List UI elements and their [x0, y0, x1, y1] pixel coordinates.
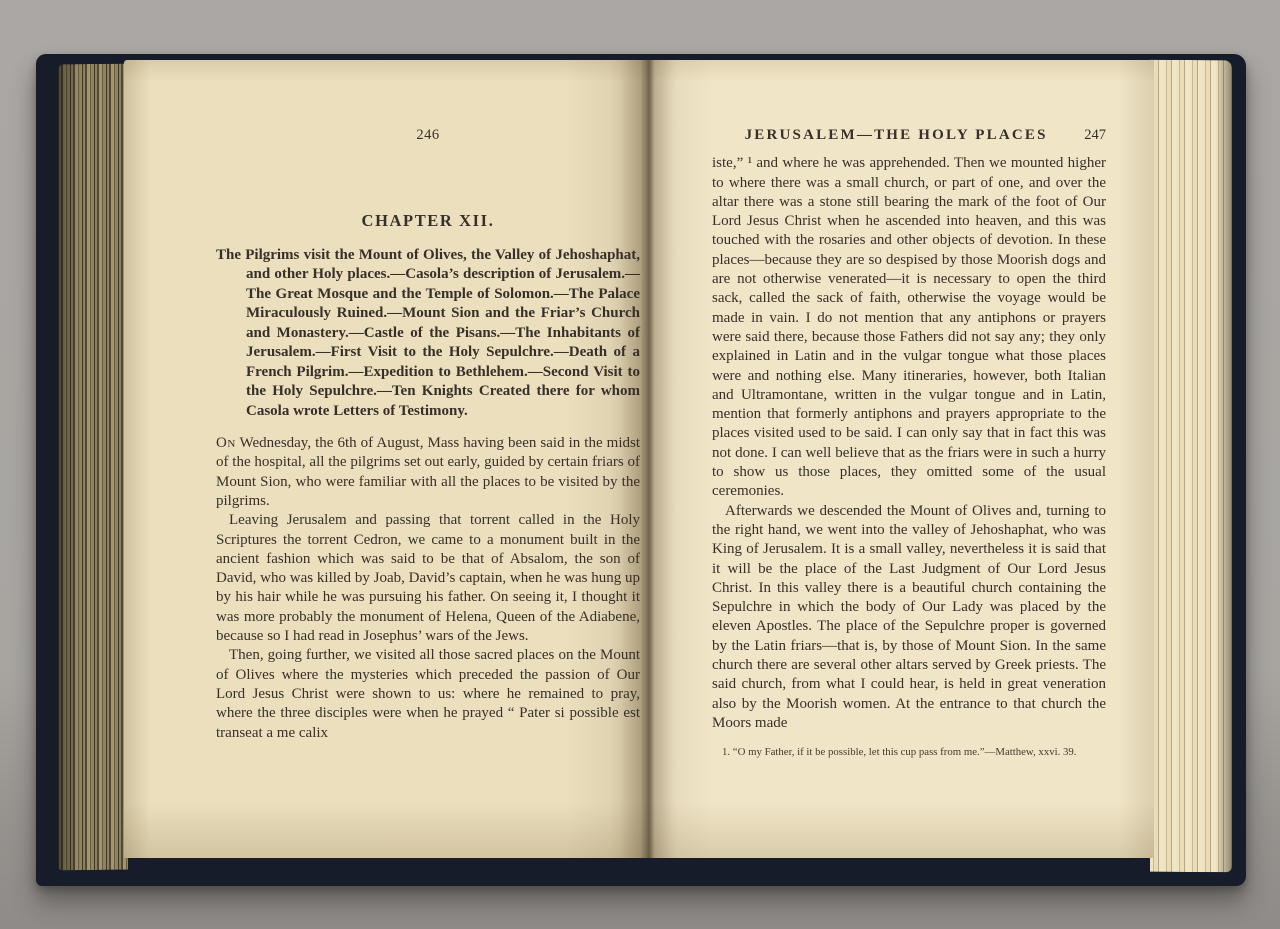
paragraph: Then, going further, we visited all thos…: [216, 646, 640, 742]
paragraph: Afterwards we descended the Mount of Oli…: [712, 502, 1106, 734]
book-cover: 246 CHAPTER XII. The Pilgrims visit the …: [36, 54, 1246, 886]
running-head-title: JERUSALEM—THE HOLY PLACES: [712, 126, 1080, 145]
footnote: 1. “O my Father, if it be possible, let …: [712, 746, 1106, 759]
left-page-stack-edge: [58, 64, 128, 871]
paragraph: Leaving Jerusalem and passing that torre…: [216, 511, 640, 646]
running-head-row: JERUSALEM—THE HOLY PLACES 247: [712, 126, 1106, 145]
paragraph-lead-smallcaps: On: [216, 435, 236, 451]
left-page-number: 246: [216, 126, 640, 145]
paragraph-text: Wednesday, the 6th of August, Mass havin…: [216, 435, 640, 509]
chapter-heading: CHAPTER XII.: [216, 211, 640, 230]
right-page: JERUSALEM—THE HOLY PLACES 247 iste,” ¹ a…: [644, 60, 1154, 858]
right-page-number: 247: [1080, 126, 1106, 145]
left-page-text-block: 246 CHAPTER XII. The Pilgrims visit the …: [216, 126, 640, 743]
chapter-summary: The Pilgrims visit the Mount of Olives, …: [216, 246, 640, 422]
paragraph: On Wednesday, the 6th of August, Mass ha…: [216, 434, 640, 511]
book-photograph: 246 CHAPTER XII. The Pilgrims visit the …: [0, 0, 1280, 929]
right-page-body: iste,” ¹ and where he was apprehended. T…: [712, 154, 1106, 759]
right-page-text-block: JERUSALEM—THE HOLY PLACES 247 iste,” ¹ a…: [712, 126, 1106, 759]
left-page: 246 CHAPTER XII. The Pilgrims visit the …: [124, 60, 644, 858]
right-page-stack-edge: [1150, 60, 1232, 873]
paragraph: iste,” ¹ and where he was apprehended. T…: [712, 154, 1106, 501]
